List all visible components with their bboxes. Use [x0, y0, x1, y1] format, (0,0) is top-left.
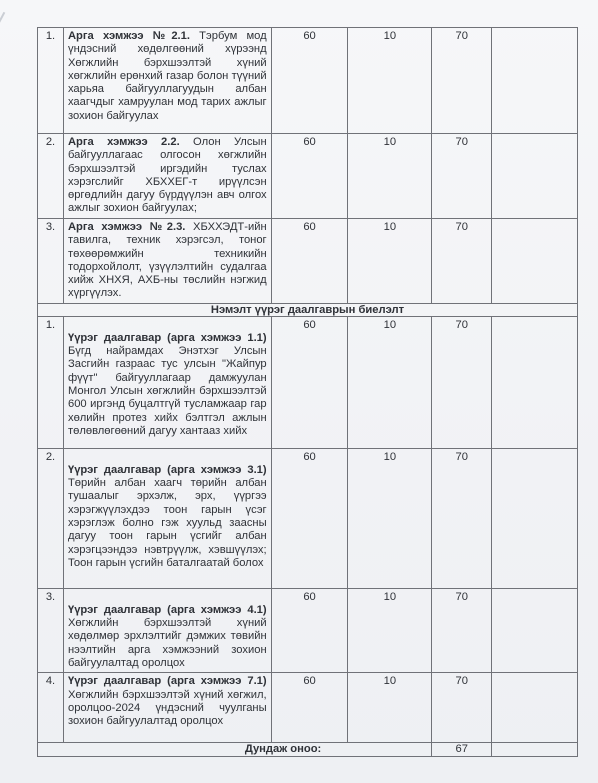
row-number: 1. — [38, 316, 64, 448]
average-row: Дундаж оноо: 67 — [38, 743, 578, 757]
score-a: 60 — [271, 219, 348, 304]
score-b: 10 — [348, 134, 432, 219]
score-b: 10 — [348, 219, 432, 304]
measure-text: Тэрбум мод үндэсний хөдөлгөөний хүрээнд … — [68, 30, 267, 122]
measure-title: Арга хэмжээ №2.1. — [68, 30, 190, 42]
row-number: 1. — [38, 28, 64, 134]
score-a: 60 — [271, 134, 348, 219]
score-total: 70 — [432, 588, 492, 672]
task-title: Үүрэг даалгавар (арга хэмжээ 3.1) — [68, 464, 267, 476]
task-text: Төрийн албан хаагч төрийн албан тушаалыг… — [68, 477, 267, 569]
measure-description: Арга хэмжээ №2.3. ХБХХЭДТ-ийн тавилга, т… — [63, 219, 271, 304]
score-a: 60 — [271, 28, 348, 134]
section-title: Нэмэлт үүрэг даалгаврын биелэлт — [38, 303, 578, 316]
score-b: 10 — [348, 448, 432, 588]
table-row: 2. Үүрэг даалгавар (арга хэмжээ 3.1) Төр… — [38, 448, 578, 588]
average-note-cell — [492, 743, 578, 757]
average-value: 67 — [432, 743, 492, 757]
task-description: Үүрэг даалгавар (арга хэмжээ 1.1) Бүгд н… — [63, 316, 271, 448]
table-row: 4. Үүрэг даалгавар (арга хэмжээ 7.1) Хөг… — [38, 673, 578, 743]
score-b: 10 — [348, 673, 432, 743]
average-label: Дундаж оноо: — [38, 743, 432, 757]
score-total: 70 — [432, 28, 492, 134]
table-row: 1. Арга хэмжээ №2.1. Тэрбум мод үндэсний… — [38, 28, 578, 134]
note-cell — [492, 134, 578, 219]
note-cell — [492, 448, 578, 588]
table-row: 3. Арга хэмжээ №2.3. ХБХХЭДТ-ийн тавилга… — [38, 219, 578, 304]
table-row: 1. Үүрэг даалгавар (арга хэмжээ 1.1) Бүг… — [38, 316, 578, 448]
score-b: 10 — [348, 28, 432, 134]
measure-title: Арга хэмжээ 2.2. — [68, 136, 180, 148]
task-text: Хөгжлийн бэрхшээлтэй хүний хөдөлмөр эрхл… — [68, 617, 267, 669]
note-cell — [492, 316, 578, 448]
note-cell — [492, 28, 578, 134]
score-b: 10 — [348, 588, 432, 672]
row-number: 2. — [38, 448, 64, 588]
score-total: 70 — [432, 134, 492, 219]
row-number: 2. — [38, 134, 64, 219]
task-title: Үүрэг даалгавар (арга хэмжээ 7.1) — [68, 675, 267, 687]
score-total: 70 — [432, 673, 492, 743]
table-row: 2. Арга хэмжээ 2.2. Олон Улсын байгуулла… — [38, 134, 578, 219]
score-a: 60 — [271, 316, 348, 448]
score-a: 60 — [271, 588, 348, 672]
task-title: Үүрэг даалгавар (арга хэмжээ 4.1) — [68, 604, 267, 616]
note-cell — [492, 588, 578, 672]
task-description: Үүрэг даалгавар (арга хэмжээ 3.1) Төрийн… — [63, 448, 271, 588]
score-total: 70 — [432, 219, 492, 304]
score-total: 70 — [432, 448, 492, 588]
note-cell — [492, 673, 578, 743]
score-a: 60 — [271, 448, 348, 588]
task-title: Үүрэг даалгавар (арга хэмжээ 1.1) — [68, 332, 267, 344]
evaluation-table: 1. Арга хэмжээ №2.1. Тэрбум мод үндэсний… — [37, 27, 578, 757]
task-text: Бүгд найрамдах Энэтхэг Улсын Засгийн газ… — [68, 345, 267, 437]
task-description: Үүрэг даалгавар (арга хэмжээ 4.1) Хөгжли… — [63, 588, 271, 672]
row-number: 4. — [38, 673, 64, 743]
measure-description: Арга хэмжээ №2.1. Тэрбум мод үндэсний хө… — [63, 28, 271, 134]
table-row: 3. Үүрэг даалгавар (арга хэмжээ 4.1) Хөг… — [38, 588, 578, 672]
note-cell — [492, 219, 578, 304]
score-total: 70 — [432, 316, 492, 448]
measure-description: Арга хэмжээ 2.2. Олон Улсын байгууллагаа… — [63, 134, 271, 219]
row-number: 3. — [38, 219, 64, 304]
task-description: Үүрэг даалгавар (арга хэмжээ 7.1) Хөгжли… — [63, 673, 271, 743]
measure-title: Арга хэмжээ №2.3. — [68, 221, 185, 233]
score-b: 10 — [348, 316, 432, 448]
row-number: 3. — [38, 588, 64, 672]
section-header-row: Нэмэлт үүрэг даалгаврын биелэлт — [38, 303, 578, 316]
task-text: Хөгжлийн бэрхшээлтэй хүний хөгжил, оролц… — [68, 689, 267, 728]
score-a: 60 — [271, 673, 348, 743]
